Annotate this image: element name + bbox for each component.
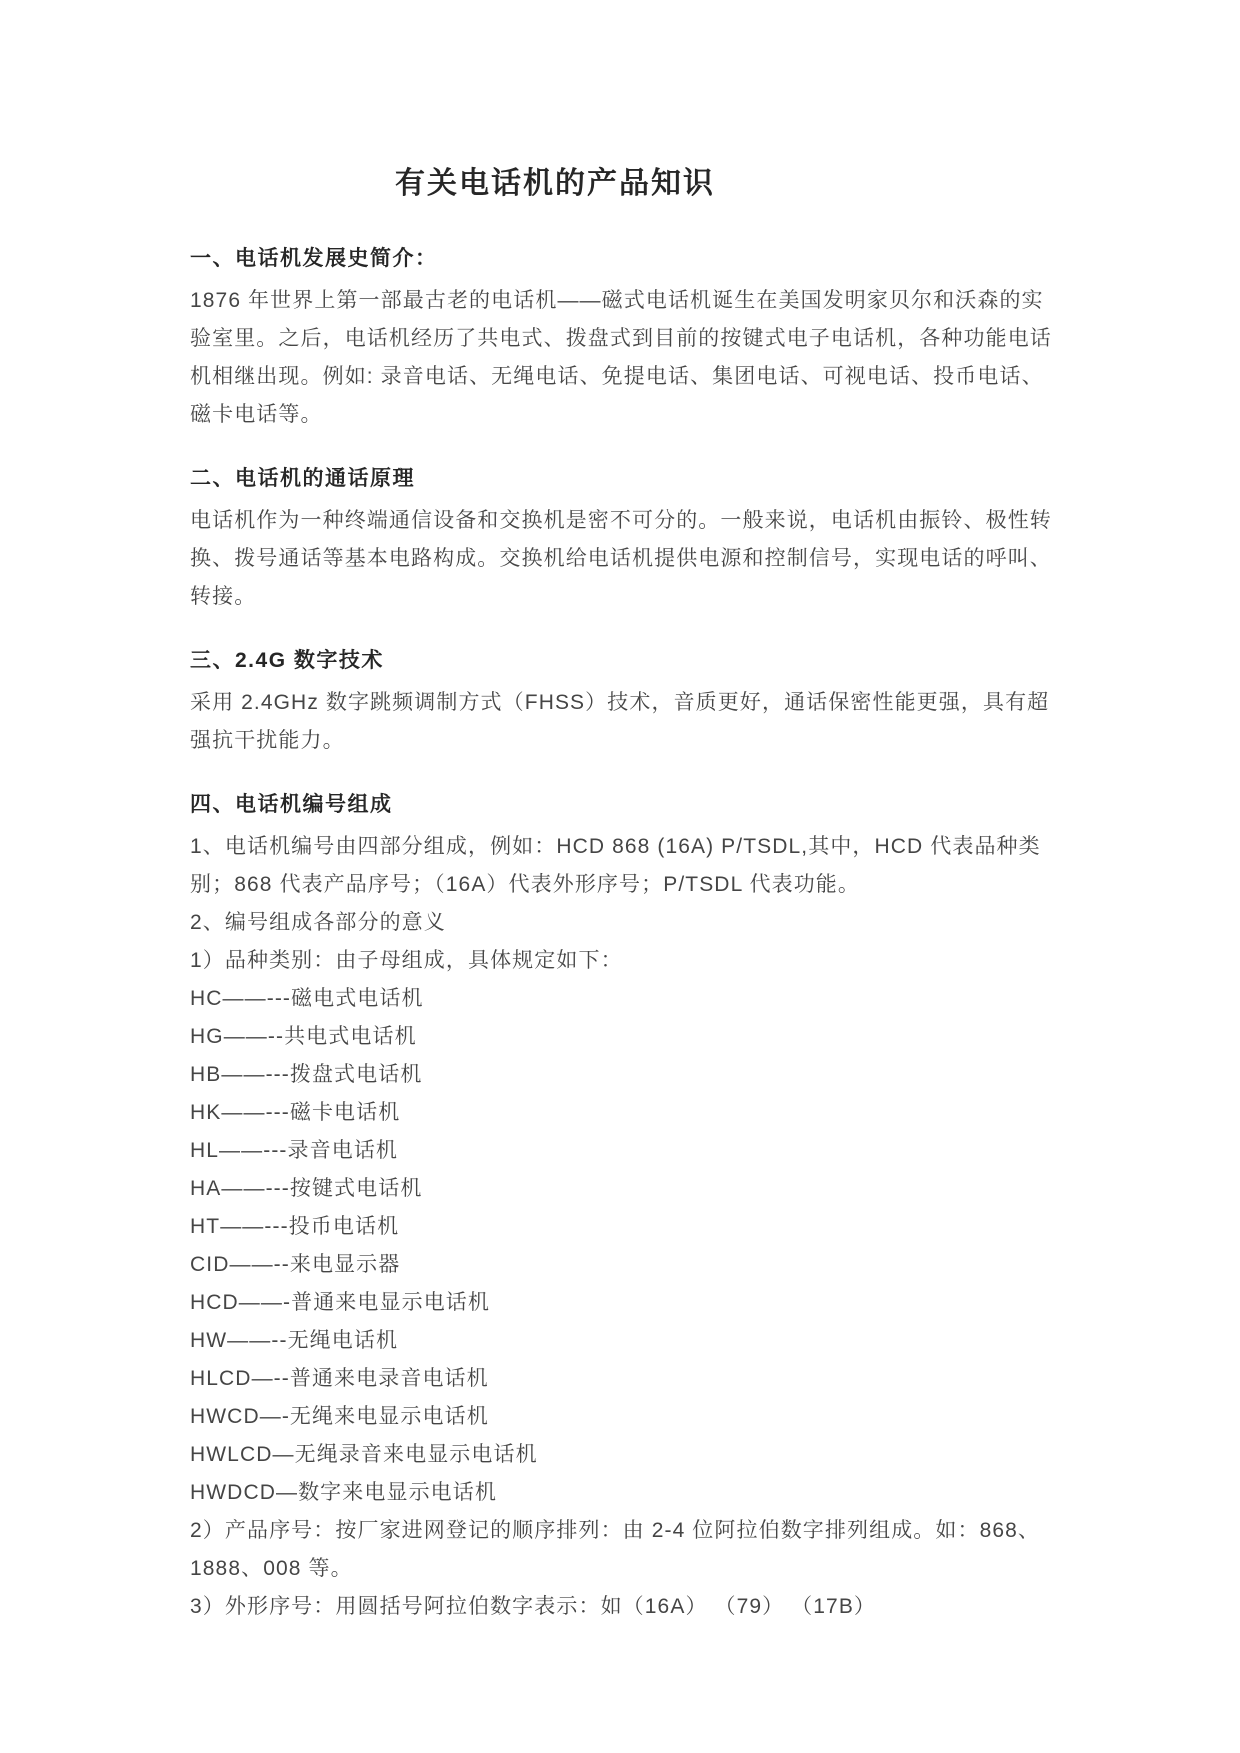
code-list-item: HW——--无绳电话机 [190, 1322, 1060, 1360]
code-list-item: HT——---投币电话机 [190, 1208, 1060, 1246]
code-list-item: HWCD—-无绳来电显示电话机 [190, 1398, 1060, 1436]
code-list: HC——---磁电式电话机 HG——--共电式电话机 HB——---拨盘式电话机… [190, 980, 1060, 1512]
numbering-intro: 1、电话机编号由四部分组成，例如：HCD 868 (16A) P/TSDL,其中… [190, 828, 1060, 904]
section-call-principle-paragraph: 电话机作为一种终端通信设备和交换机是密不可分的。一般来说，电话机由振铃、极性转换… [190, 502, 1060, 616]
code-list-item: HL——---录音电话机 [190, 1132, 1060, 1170]
section-digital-tech-paragraph: 采用 2.4GHz 数字跳频调制方式（FHSS）技术，音质更好，通话保密性能更强… [190, 684, 1060, 760]
code-list-item: HK——---磁卡电话机 [190, 1094, 1060, 1132]
section-history-paragraph: 1876 年世界上第一部最古老的电话机——磁式电话机诞生在美国发明家贝尔和沃森的… [190, 282, 1060, 434]
code-list-item: HWLCD—无绳录音来电显示电话机 [190, 1436, 1060, 1474]
category-rule: 1）品种类别：由子母组成，具体规定如下： [190, 942, 1060, 980]
document-page: 有关电话机的产品知识 一、电话机发展史简介： 1876 年世界上第一部最古老的电… [0, 0, 1240, 1753]
section-history-heading: 一、电话机发展史简介： [190, 240, 1060, 278]
code-list-item: HA——---按键式电话机 [190, 1170, 1060, 1208]
code-list-item: HWDCD—数字来电显示电话机 [190, 1474, 1060, 1512]
section-numbering: 四、电话机编号组成 1、电话机编号由四部分组成，例如：HCD 868 (16A)… [190, 786, 1060, 1626]
section-call-principle: 二、电话机的通话原理 电话机作为一种终端通信设备和交换机是密不可分的。一般来说，… [190, 460, 1060, 616]
section-numbering-heading: 四、电话机编号组成 [190, 786, 1060, 824]
section-digital-tech: 三、2.4G 数字技术 采用 2.4GHz 数字跳频调制方式（FHSS）技术，音… [190, 642, 1060, 760]
section-digital-tech-heading: 三、2.4G 数字技术 [190, 642, 1060, 680]
code-list-item: HLCD—--普通来电录音电话机 [190, 1360, 1060, 1398]
code-list-item: HB——---拨盘式电话机 [190, 1056, 1060, 1094]
product-serial-rule: 2）产品序号：按厂家进网登记的顺序排列：由 2-4 位阿拉伯数字排列组成。如：8… [190, 1512, 1060, 1588]
section-call-principle-heading: 二、电话机的通话原理 [190, 460, 1060, 498]
code-list-item: HC——---磁电式电话机 [190, 980, 1060, 1018]
code-list-item: HCD——-普通来电显示电话机 [190, 1284, 1060, 1322]
numbering-meaning-title: 2、编号组成各部分的意义 [190, 904, 1060, 942]
shape-serial-rule: 3）外形序号：用圆括号阿拉伯数字表示：如（16A） （79） （17B） [190, 1588, 1060, 1626]
code-list-item: HG——--共电式电话机 [190, 1018, 1060, 1056]
section-history: 一、电话机发展史简介： 1876 年世界上第一部最古老的电话机——磁式电话机诞生… [190, 240, 1060, 434]
document-title: 有关电话机的产品知识 [190, 160, 920, 208]
code-list-item: CID——--来电显示器 [190, 1246, 1060, 1284]
